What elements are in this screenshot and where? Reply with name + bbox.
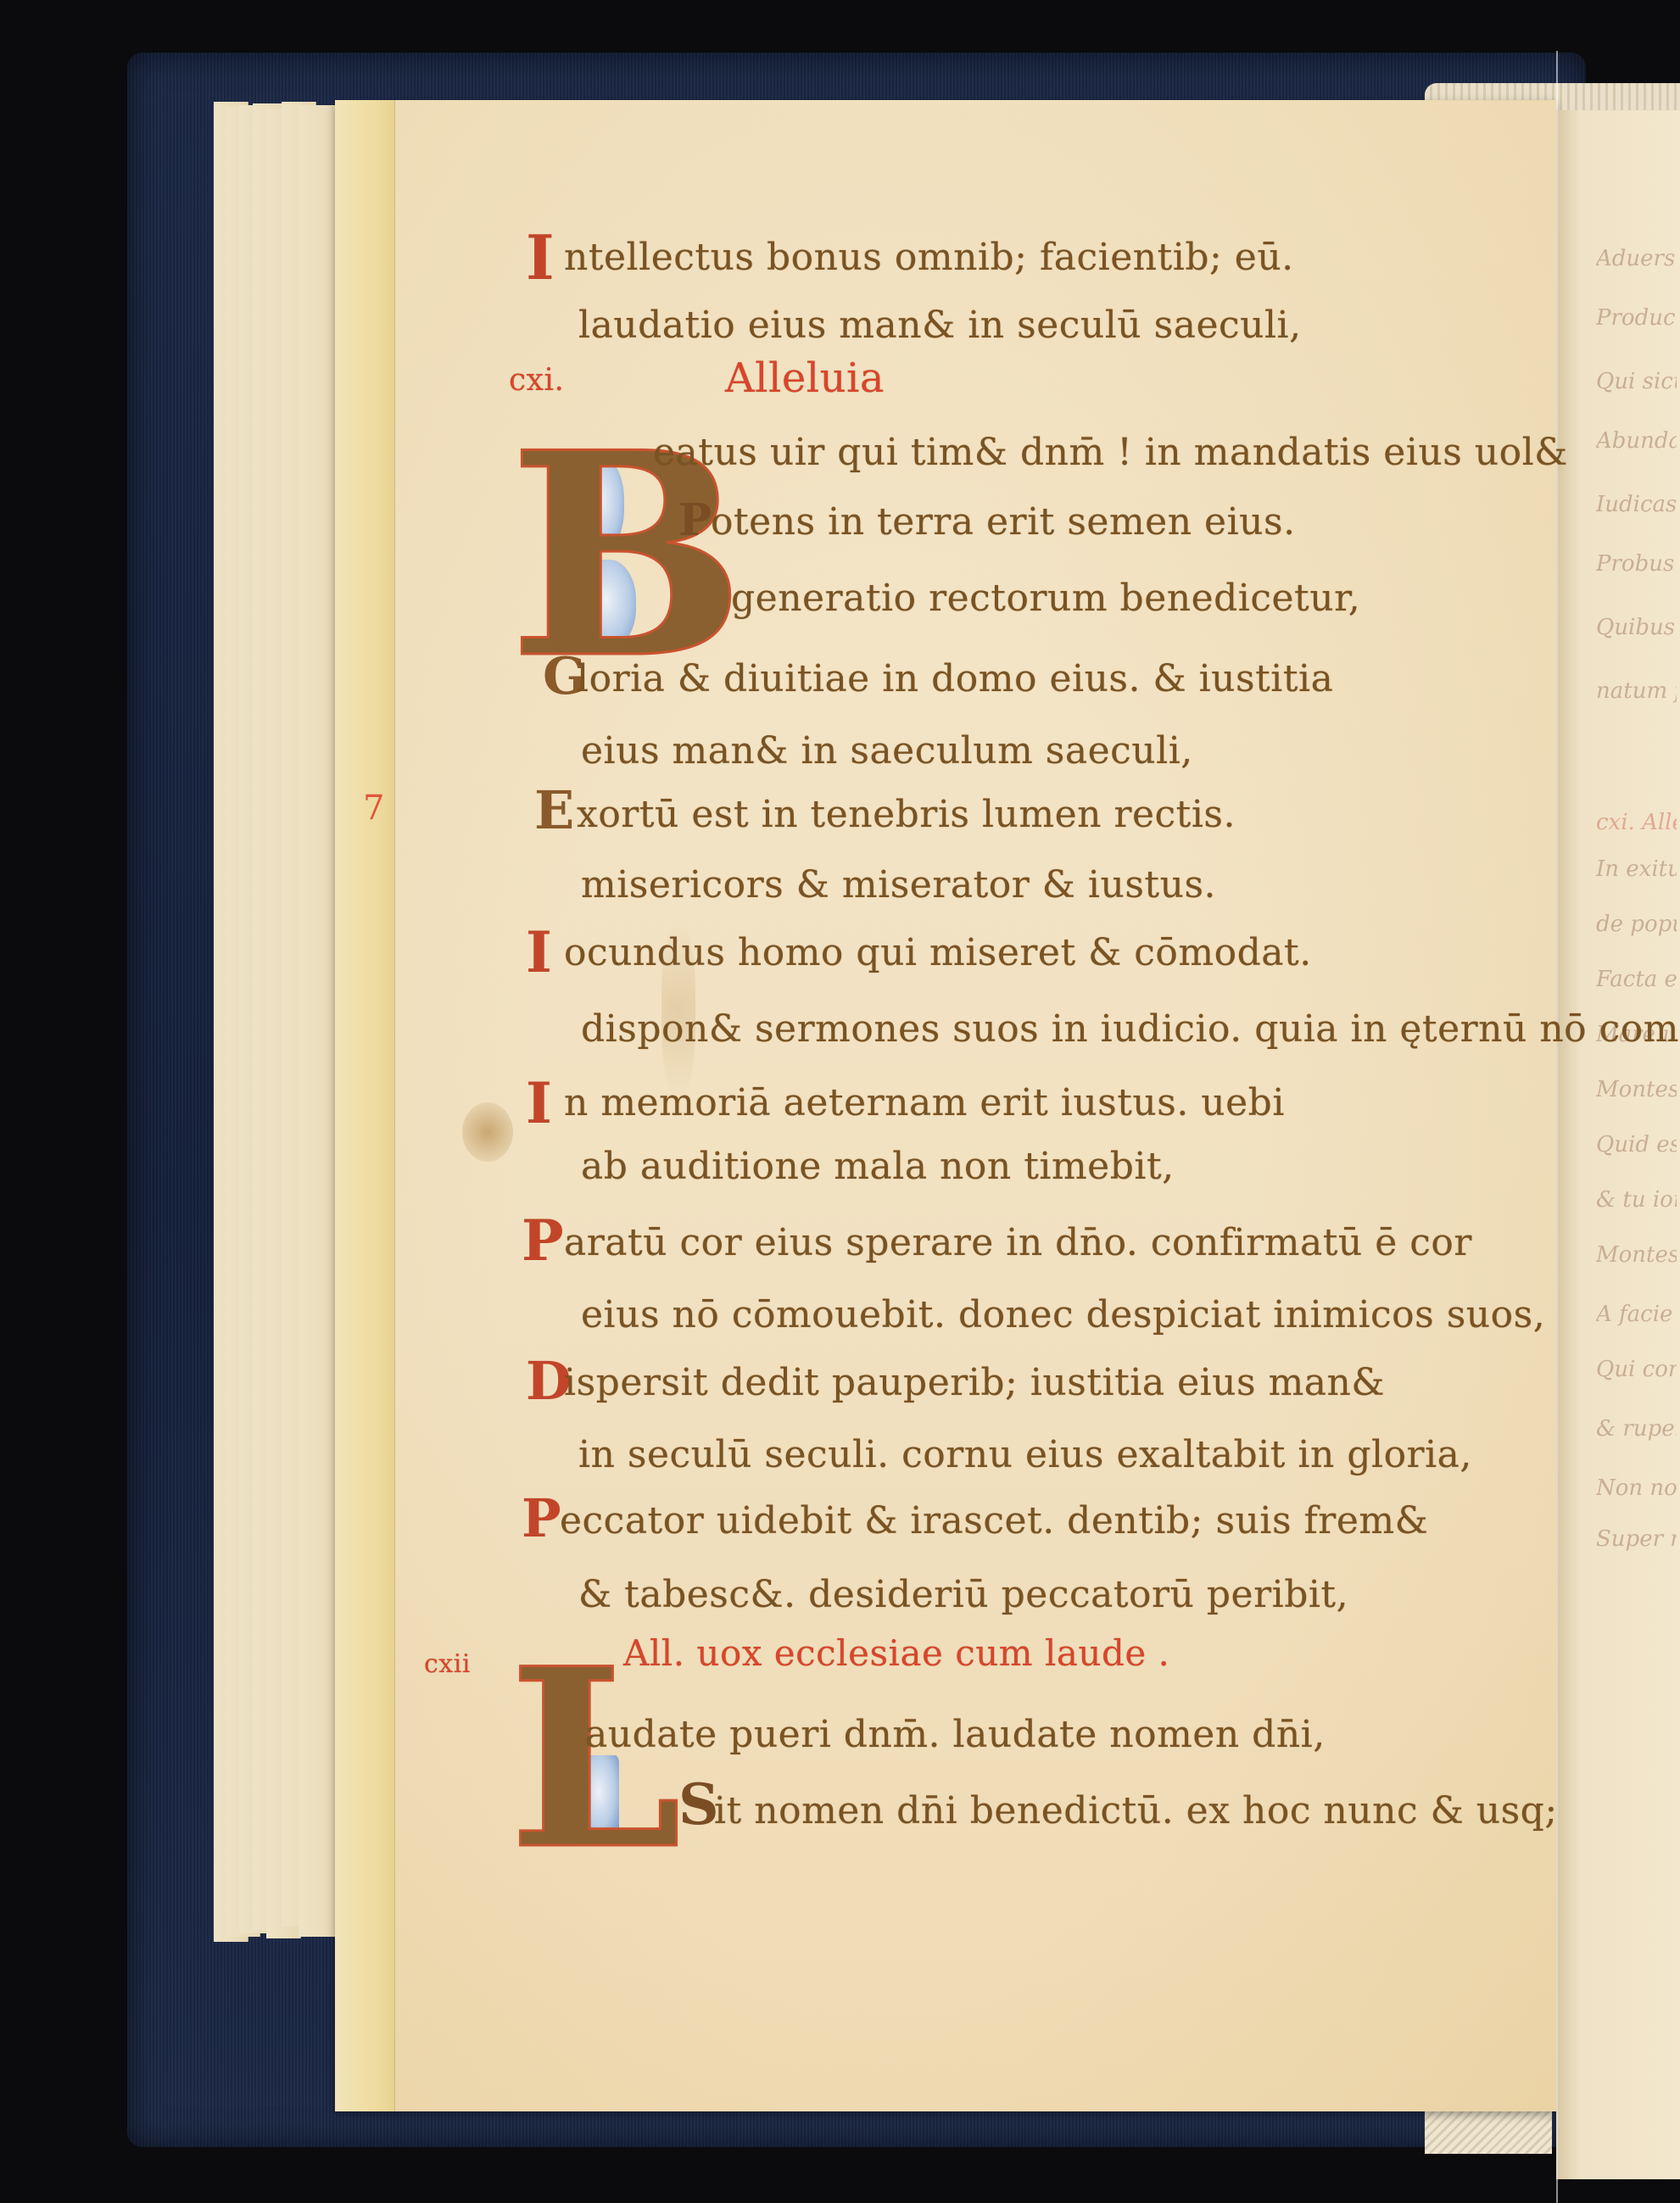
- facing-text-line: Non nobis dne: [1596, 1475, 1677, 1501]
- facing-text-line: Facta est iudea: [1596, 967, 1677, 992]
- text-line: eccator uidebit & irascet. dentib; suis …: [560, 1499, 1428, 1542]
- text-line: eius man& in saeculum saeculi,: [581, 729, 1193, 772]
- text-line: loria & diuitiae in domo eius. & iustiti…: [577, 657, 1333, 700]
- facing-text-line: Aduersus eos qu: [1596, 246, 1677, 271]
- initial-letter: I: [526, 924, 552, 980]
- text-line: n memoriā aeternam erit iustus. uebi: [564, 1081, 1285, 1124]
- text-line: eatus uir qui tim& dnm̄ ! in mandatis ei…: [653, 431, 1568, 474]
- facing-text-line: Quibus uero fuerit: [1596, 615, 1677, 640]
- psalm-title-rubric: All. uox ecclesiae cum laude .: [623, 1632, 1169, 1674]
- facing-text-line: Montes exultas: [1596, 1242, 1677, 1268]
- facing-text-line: Quid est tibi m: [1596, 1132, 1677, 1157]
- initial-letter: P: [522, 1492, 561, 1545]
- facing-text-line: In exitu israhel: [1596, 856, 1677, 882]
- text-line: aratū cor eius sperare in dn̄o. confirma…: [564, 1221, 1472, 1264]
- glass-plate-edge: [1556, 51, 1558, 2203]
- initial-letter: P: [678, 499, 712, 543]
- facing-text-line: Montes exultau: [1596, 1077, 1677, 1102]
- text-line: laudatio eius man& in seculū saeculi,: [578, 304, 1302, 347]
- text-line: otens in terra erit semen eius.: [711, 500, 1296, 544]
- initial-letter: P: [522, 1213, 564, 1269]
- text-line: & tabesc&. desideriū peccatorū peribit,: [578, 1573, 1348, 1616]
- text-line: ntellectus bonus omnib; facientib; eū.: [564, 236, 1294, 279]
- text-line: ispersit dedit pauperib; iustitia eius m…: [564, 1361, 1385, 1404]
- facing-text-line: Producit agen: [1596, 305, 1677, 331]
- text-line: in seculū seculi. cornu eius exaltabit i…: [578, 1433, 1472, 1476]
- illuminated-initial-L: L: [509, 1637, 682, 1882]
- text-line: audate pueri dnm̄. laudate nomen dn̄i,: [585, 1713, 1326, 1756]
- facing-text-line: A facie dni mo: [1596, 1302, 1677, 1327]
- text-line: ocundus homo qui miseret & cōmodat.: [564, 931, 1312, 974]
- text-line: it nomen dn̄i benedictū. ex hoc nunc & u…: [714, 1789, 1558, 1832]
- facing-text-line: Abundat ueri: [1596, 428, 1677, 454]
- text-line: generatio rectorum benedicetur,: [731, 577, 1360, 620]
- initial-letter: S: [678, 1776, 719, 1832]
- facing-text-line: Qui sicut dixi d: [1596, 369, 1677, 394]
- text-line: ab auditione mala non timebit,: [581, 1145, 1175, 1188]
- facing-text-line: Iudicas in eorum: [1596, 492, 1677, 517]
- initial-letter: I: [526, 1075, 552, 1131]
- facing-text-line: Probus cuiusquam: [1596, 551, 1677, 577]
- facing-text-line: Super miseric: [1596, 1526, 1677, 1552]
- facing-text-line: natum filio: [1596, 678, 1677, 704]
- page-guard-strip: [335, 100, 395, 2111]
- text-line: xortū est in tenebris lumen rectis.: [577, 793, 1236, 836]
- initial-letter: E: [534, 784, 574, 837]
- facing-text-line: Qui conuertit: [1596, 1357, 1677, 1382]
- psalm-number: cxii: [424, 1649, 471, 1679]
- facing-text-line: & rupem in: [1596, 1416, 1677, 1442]
- text-line: eius nō cōmouebit. donec despiciat inimi…: [581, 1293, 1545, 1336]
- facing-rubric-line: cxi. Allelu cum: [1596, 810, 1677, 835]
- margin-mark: 7: [363, 789, 384, 828]
- facing-text-line: & tu iordanis: [1596, 1187, 1677, 1213]
- facing-text-line: de populo barb: [1596, 912, 1677, 937]
- text-line: misericors & miserator & iustus.: [581, 863, 1216, 906]
- ink-stain: [462, 1102, 513, 1162]
- initial-letter: I: [526, 227, 555, 288]
- psalm-title-rubric: Alleluia: [725, 354, 885, 402]
- text-line: dispon& sermones suos in iudicio. quia i…: [581, 1007, 1679, 1051]
